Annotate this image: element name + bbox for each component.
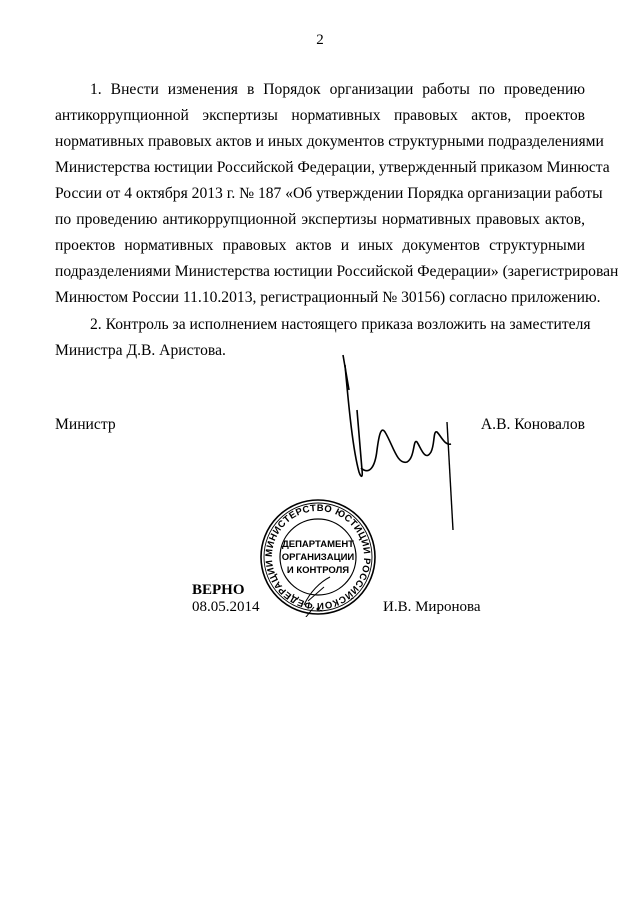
signatory-title: Министр <box>55 416 116 434</box>
paragraph-line: 2. Контроль за исполнением настоящего пр… <box>90 315 585 335</box>
paragraph-line: антикоррупционной экспертизы нормативных… <box>55 106 585 126</box>
page-number: 2 <box>0 32 640 49</box>
paragraph-line: 1. Внести изменения в Порядок организаци… <box>90 80 585 100</box>
signatory-name: А.В. Коновалов <box>481 416 585 434</box>
paragraph-line: нормативных правовых актов и иных докуме… <box>55 132 585 152</box>
stamp-center-line: И КОНТРОЛЯ <box>287 565 349 576</box>
paragraph-line: Минюстом России 11.10.2013, регистрацион… <box>55 288 585 308</box>
paragraph-line: Министерства юстиции Российской Федераци… <box>55 158 585 178</box>
paragraph-line: подразделениями Министерства юстиции Рос… <box>55 262 585 282</box>
paragraph-line: по проведению антикоррупционной эксперти… <box>55 210 585 230</box>
certifier-name: И.В. Миронова <box>383 599 481 616</box>
paragraph-line: России от 4 октября 2013 г. № 187 «Об ут… <box>55 184 585 204</box>
stamp-center-line: ОРГАНИЗАЦИИ <box>282 552 355 563</box>
certification-label: ВЕРНО <box>192 582 245 599</box>
official-stamp: МИНИСТЕРСТВО ЮСТИЦИИ РОССИЙСКОЙ ФЕДЕРАЦИ… <box>258 497 378 622</box>
paragraph-line: проектов нормативных правовых актов и ин… <box>55 236 585 256</box>
stamp-center-line: ДЕПАРТАМЕНТ <box>282 539 354 550</box>
paragraph-line: Министра Д.В. Аристова. <box>55 341 585 361</box>
certification-date: 08.05.2014 <box>192 599 260 616</box>
